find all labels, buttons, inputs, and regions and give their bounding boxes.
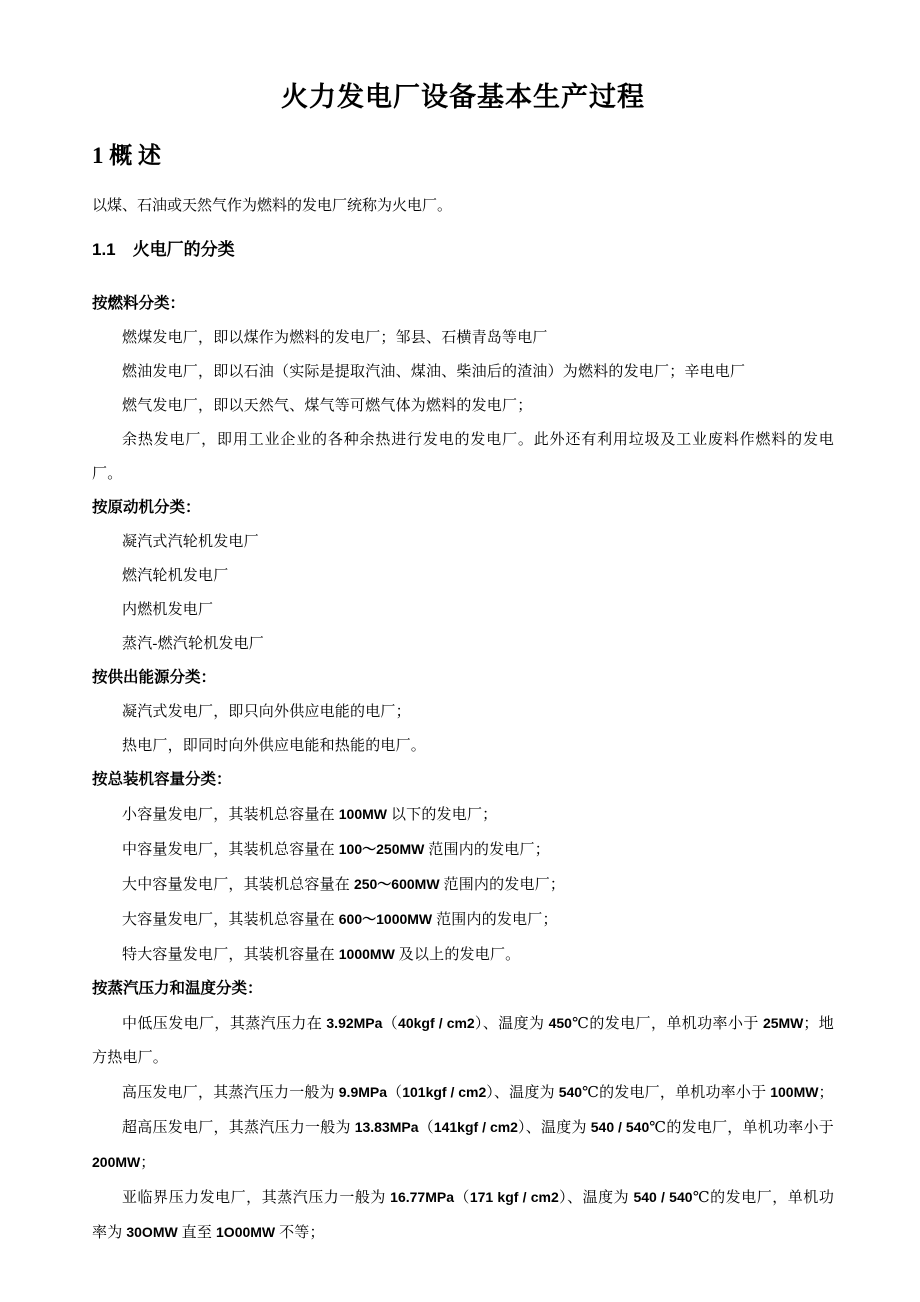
- classification-item: 内燃机发电厂: [92, 593, 834, 627]
- classification-item: 特大容量发电厂，其装机容量在 1000MW 及以上的发电厂。: [92, 937, 834, 972]
- page-title: 火力发电厂设备基本生产过程: [92, 77, 834, 117]
- classification-item: 亚临界压力发电厂，其蒸汽压力一般为 16.77MPa（171 kgf / cm2…: [92, 1180, 834, 1250]
- classification-item: 凝汽式发电厂，即只向外供应电能的电厂；: [92, 695, 834, 729]
- group-installed-capacity-classification: 按总装机容量分类： 小容量发电厂，其装机总容量在 100MW 以下的发电厂； 中…: [92, 763, 834, 972]
- group-heading: 按原动机分类：: [92, 491, 834, 525]
- group-energy-output-classification: 按供出能源分类： 凝汽式发电厂，即只向外供应电能的电厂； 热电厂，即同时向外供应…: [92, 661, 834, 763]
- classification-item: 热电厂，即同时向外供应电能和热能的电厂。: [92, 729, 834, 763]
- group-heading: 按蒸汽压力和温度分类：: [92, 972, 834, 1006]
- classification-item: 凝汽式汽轮机发电厂: [92, 525, 834, 559]
- classification-item: 燃油发电厂，即以石油（实际是提取汽油、煤油、柴油后的渣油）为燃料的发电厂；辛电电…: [92, 355, 834, 389]
- classification-item: 中低压发电厂，其蒸汽压力在 3.92MPa（40kgf / cm2）、温度为 4…: [92, 1006, 834, 1075]
- group-fuel-classification: 按燃料分类： 燃煤发电厂，即以煤作为燃料的发电厂；邹县、石横青岛等电厂 燃油发电…: [92, 287, 834, 491]
- classification-item: 小容量发电厂，其装机总容量在 100MW 以下的发电厂；: [92, 797, 834, 832]
- section-heading: 1.1 火电厂的分类: [92, 233, 834, 267]
- group-prime-mover-classification: 按原动机分类： 凝汽式汽轮机发电厂 燃汽轮机发电厂 内燃机发电厂 蒸汽-燃汽轮机…: [92, 491, 834, 661]
- chapter-heading: 1 概 述: [92, 139, 834, 173]
- classification-item: 余热发电厂，即用工业企业的各种余热进行发电的发电厂。此外还有利用垃圾及工业废料作…: [92, 423, 834, 491]
- classification-item: 燃气发电厂，即以天然气、煤气等可燃气体为燃料的发电厂；: [92, 389, 834, 423]
- classification-item: 蒸汽-燃汽轮机发电厂: [92, 627, 834, 661]
- document-page: 火力发电厂设备基本生产过程 1 概 述 以煤、石油或天然气作为燃料的发电厂统称为…: [0, 0, 920, 1302]
- classification-item: 燃汽轮机发电厂: [92, 559, 834, 593]
- group-heading: 按总装机容量分类：: [92, 763, 834, 797]
- group-heading: 按供出能源分类：: [92, 661, 834, 695]
- classification-item: 超高压发电厂，其蒸汽压力一般为 13.83MPa（141kgf / cm2）、温…: [92, 1110, 834, 1180]
- classification-item: 燃煤发电厂，即以煤作为燃料的发电厂；邹县、石横青岛等电厂: [92, 321, 834, 355]
- group-steam-pressure-temperature-classification: 按蒸汽压力和温度分类： 中低压发电厂，其蒸汽压力在 3.92MPa（40kgf …: [92, 972, 834, 1250]
- group-heading: 按燃料分类：: [92, 287, 834, 321]
- classification-item: 大容量发电厂，其装机总容量在 600～1000MW 范围内的发电厂；: [92, 902, 834, 937]
- classification-item: 大中容量发电厂，其装机总容量在 250～600MW 范围内的发电厂；: [92, 867, 834, 902]
- classification-item: 高压发电厂，其蒸汽压力一般为 9.9MPa（101kgf / cm2）、温度为 …: [92, 1075, 834, 1110]
- intro-paragraph: 以煤、石油或天然气作为燃料的发电厂统称为火电厂。: [92, 189, 834, 223]
- classification-item: 中容量发电厂，其装机总容量在 100～250MW 范围内的发电厂；: [92, 832, 834, 867]
